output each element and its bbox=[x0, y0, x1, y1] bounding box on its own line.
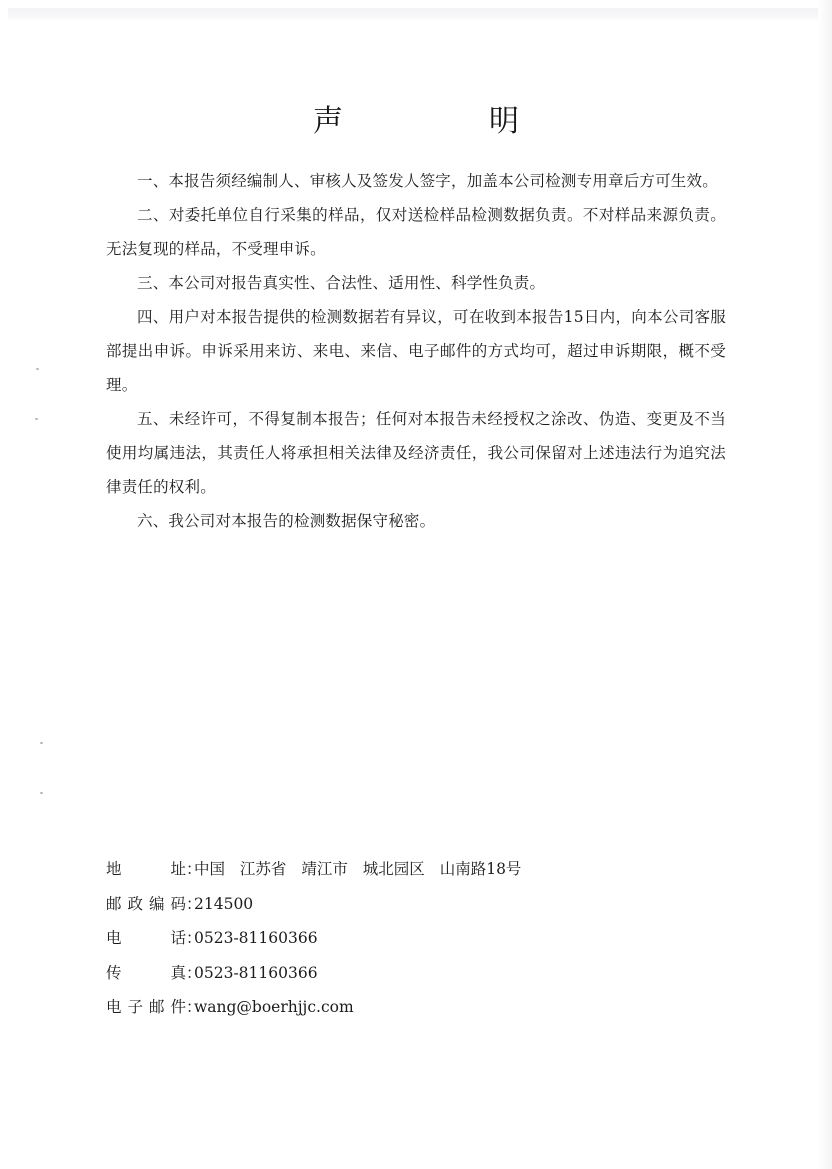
statement-item-3: 三、本公司对报告真实性、合法性、适用性、科学性负责。 bbox=[106, 266, 726, 300]
page-title: 声 明 bbox=[0, 96, 832, 140]
contact-postcode: 邮政编码：214500 bbox=[106, 887, 626, 922]
scan-speck bbox=[36, 368, 39, 370]
statement-item-2: 二、对委托单位自行采集的样品，仅对送检样品检测数据负责。不对样品来源负责。无法复… bbox=[106, 198, 726, 266]
statement-item-5: 五、未经许可，不得复制本报告；任何对本报告未经授权之涂改、伪造、变更及不当使用均… bbox=[106, 402, 726, 504]
scan-edge-right bbox=[818, 0, 832, 1169]
scan-speck bbox=[40, 742, 43, 744]
email-value: wang@boerhjjc.com bbox=[190, 990, 354, 1025]
contact-label: 电话 bbox=[106, 921, 186, 956]
document-page: 声 明 一、本报告须经编制人、审核人及签发人签字，加盖本公司检测专用章后方可生效… bbox=[0, 0, 832, 1169]
contact-label: 传真 bbox=[106, 956, 186, 991]
contact-label: 邮政编码 bbox=[106, 887, 186, 922]
statement-item-1: 一、本报告须经编制人、审核人及签发人签字，加盖本公司检测专用章后方可生效。 bbox=[106, 164, 726, 198]
statement-list: 一、本报告须经编制人、审核人及签发人签字，加盖本公司检测专用章后方可生效。 二、… bbox=[106, 164, 726, 538]
scan-speck bbox=[40, 792, 43, 794]
contact-label: 电子邮件 bbox=[106, 990, 186, 1025]
address-value: 中国 江苏省 靖江市 城北园区 山南路18号 bbox=[190, 852, 521, 887]
statement-item-6: 六、我公司对本报告的检测数据保守秘密。 bbox=[106, 504, 726, 538]
contact-fax: 传真：0523-81160366 bbox=[106, 956, 626, 991]
contact-email: 电子邮件：wang@boerhjjc.com bbox=[106, 990, 626, 1025]
fax-value: 0523-81160366 bbox=[190, 956, 318, 991]
contact-label: 地址 bbox=[106, 852, 186, 887]
scan-speck bbox=[35, 418, 38, 420]
scan-edge-top bbox=[8, 8, 824, 22]
phone-value: 0523-81160366 bbox=[190, 921, 318, 956]
contact-info: 地址：中国 江苏省 靖江市 城北园区 山南路18号 邮政编码：214500 电话… bbox=[106, 852, 626, 1025]
statement-item-4: 四、用户对本报告提供的检测数据若有异议，可在收到本报告15日内，向本公司客服部提… bbox=[106, 300, 726, 402]
contact-phone: 电话：0523-81160366 bbox=[106, 921, 626, 956]
postcode-value: 214500 bbox=[190, 887, 253, 922]
contact-address: 地址：中国 江苏省 靖江市 城北园区 山南路18号 bbox=[106, 852, 626, 887]
